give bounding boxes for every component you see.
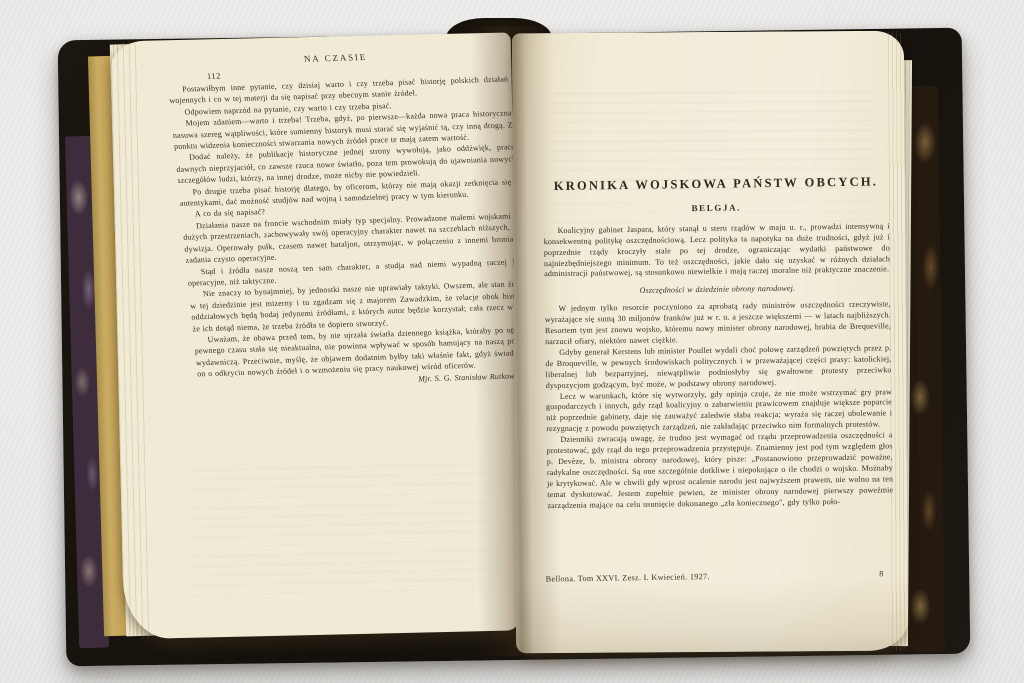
right-page-paragraph: Gdyby generał Kerstens lub minister Poul… xyxy=(545,343,892,391)
show-through-text xyxy=(190,463,493,600)
left-page-number: 112 xyxy=(206,71,221,83)
right-page-paragraph: Lecz w warunkach, które się wytworzyły, … xyxy=(546,387,893,435)
right-page-paragraph: W jednym tylko resorcie poczyniono za ap… xyxy=(545,300,892,348)
photograph-background: 112 NA CZASIE Postawiłbym inne pytanie, … xyxy=(0,0,1024,683)
page-footer: Bellona. Tom XXVI. Zesz. I. Kwiecień. 19… xyxy=(546,569,884,583)
right-page: KRONIKA WOJSKOWA PAŃSTW OBCYCH. BELGJA. … xyxy=(512,31,908,654)
right-page-number: 8 xyxy=(879,569,884,578)
running-header: NA CZASIE xyxy=(165,48,506,70)
footer-imprint: Bellona. Tom XXVI. Zesz. I. Kwiecień. 19… xyxy=(546,572,710,584)
country-heading: BELGJA. xyxy=(543,200,889,216)
chapter-title: KRONIKA WOJSKOWA PAŃSTW OBCYCH. xyxy=(543,176,889,192)
right-page-text-block: KRONIKA WOJSKOWA PAŃSTW OBCYCH. BELGJA. … xyxy=(543,176,894,511)
right-page-paragraph: Koalicyjny gabinet Jaspara, który stanął… xyxy=(543,221,890,280)
open-book: 112 NA CZASIE Postawiłbym inne pytanie, … xyxy=(0,0,1024,683)
left-page-text-block: 112 NA CZASIE Postawiłbym inne pytanie, … xyxy=(165,48,539,392)
left-page: 112 NA CZASIE Postawiłbym inne pytanie, … xyxy=(111,32,524,639)
subsection-heading: Oszczędności w dziedzinie obrony narodow… xyxy=(544,283,890,299)
right-page-paragraph: Dzienniki zwracają uwagę, że trudno jest… xyxy=(546,430,893,511)
